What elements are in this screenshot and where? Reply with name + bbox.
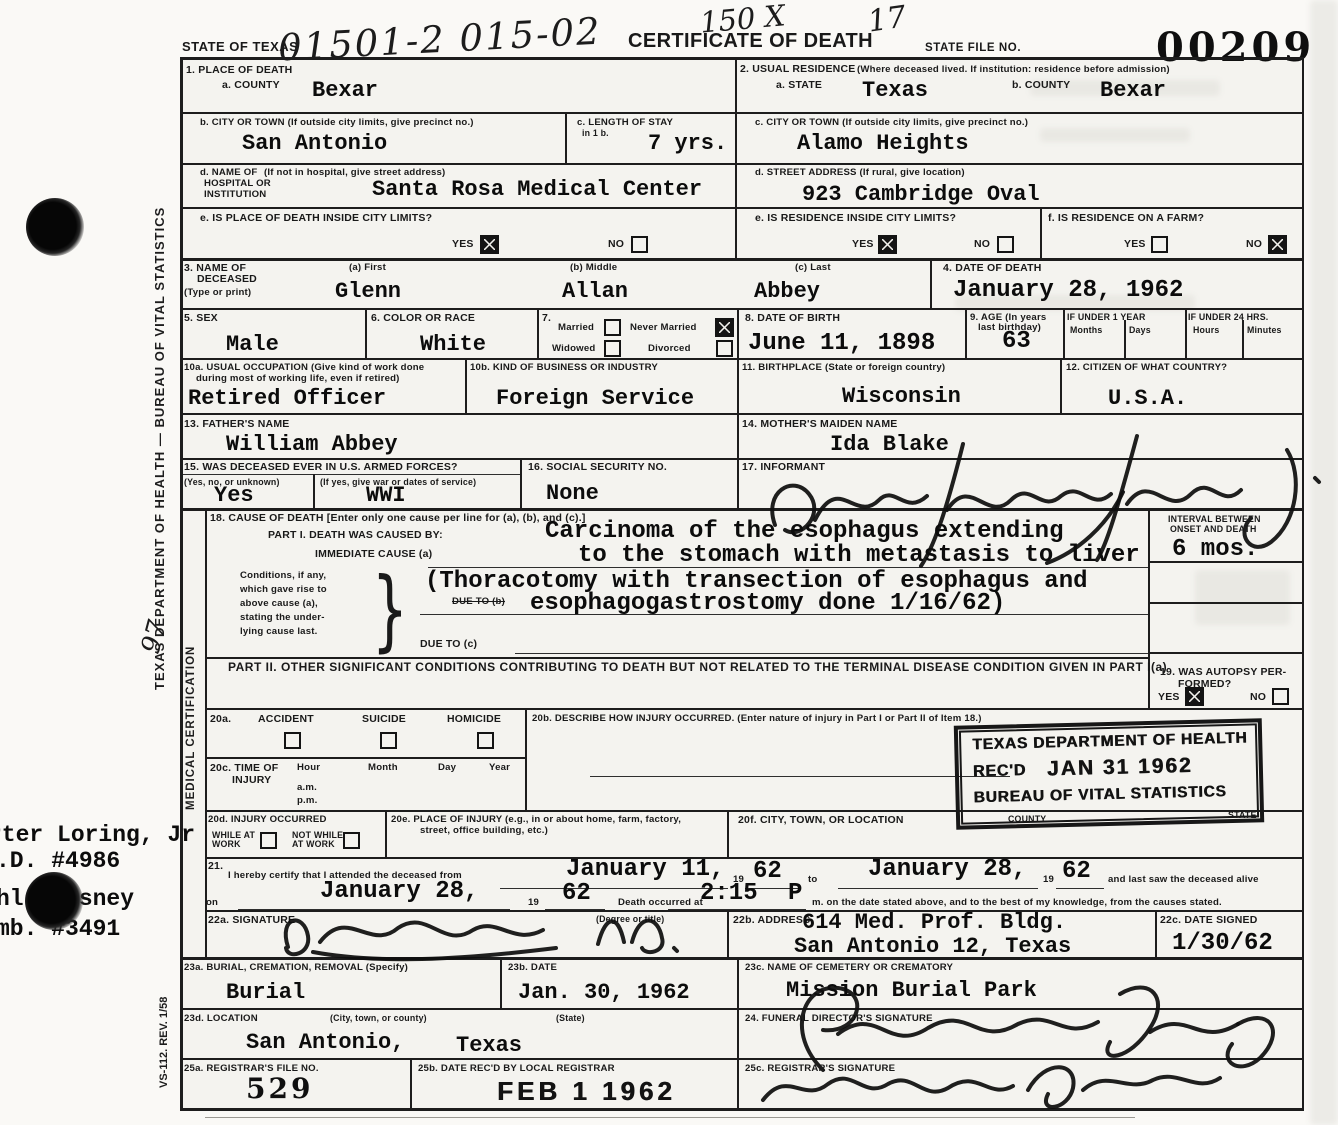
state-file-number-stamp: 00209 [1156, 24, 1315, 71]
grid-line [205, 708, 1304, 710]
grid-line [410, 1058, 412, 1108]
conditions-note-5: lying cause last. [240, 626, 318, 637]
last-alive-date: January 28, [320, 878, 478, 905]
last-name-value: Abbey [754, 279, 820, 304]
date-of-birth-label: 8. DATE OF BIRTH [745, 312, 840, 324]
cause-line-2: to the stomach with metastasis to liver [578, 542, 1140, 569]
grid-line [180, 308, 1304, 310]
grid-line [180, 163, 1304, 165]
stamp-recd-label: REC'D [973, 762, 1027, 781]
minutes-label: Minutes [1247, 325, 1282, 335]
checkbox-residence-limits-no [997, 236, 1014, 253]
armed-forces-value-1: Yes [214, 483, 254, 508]
stamp-date: JAN 31 1962 [1047, 754, 1193, 782]
date-of-birth-value: June 11, 1898 [748, 330, 935, 357]
place-of-death-title: 1. PLACE OF DEATH [186, 64, 292, 76]
checkbox-accident [284, 732, 301, 749]
checkbox-not-while-at-work [343, 832, 360, 849]
color-race-value: White [420, 332, 486, 357]
grid-line [520, 458, 522, 508]
physician-address-label: 22b. ADDRESS [733, 914, 810, 926]
no-label: NO [608, 238, 624, 250]
if-under-1-year-label: IF UNDER 1 YEAR [1067, 312, 1146, 322]
fill-line [500, 888, 728, 889]
grid-line [930, 258, 932, 308]
usual-residence-hint: (Where deceased lived. If institution: r… [857, 64, 1170, 75]
ssn-value: None [546, 481, 599, 506]
grid-line [465, 358, 467, 413]
grid-line [965, 308, 967, 358]
conditions-note-4: stating the under- [240, 612, 325, 623]
length-of-stay-label: c. LENGTH OF STAY [577, 117, 673, 128]
accident-label: ACCIDENT [258, 713, 314, 725]
yes-label: YES [1124, 238, 1146, 250]
cause-line-c [515, 653, 1148, 654]
injury-city-label: 20f. CITY, TOWN, OR LOCATION [738, 814, 904, 826]
usual-residence-title: 2. USUAL RESIDENCE [740, 63, 855, 75]
interval-label-1: INTERVAL BETWEEN [1168, 514, 1261, 524]
checkbox-homicide [477, 732, 494, 749]
grid-line [205, 508, 207, 957]
margin-note-funeral-home: rter Loring, Jr [0, 822, 195, 848]
street-address-label: d. STREET ADDRESS (If rural, give locati… [755, 167, 965, 178]
citizen-value: U.S.A. [1108, 386, 1187, 411]
grid-line [1040, 207, 1042, 258]
grid-line [737, 1058, 739, 1108]
grid-line [365, 308, 367, 358]
physician-address-line-1: 614 Med. Prof. Bldg. [802, 910, 1066, 935]
grid-line [1124, 320, 1126, 358]
burial-location-label: 23d. LOCATION [184, 1013, 258, 1024]
grid-line [180, 112, 1304, 114]
injury-state-label: STATE [1228, 810, 1257, 820]
date-signed-label: 22c. DATE SIGNED [1160, 914, 1258, 926]
grid-line [385, 810, 387, 857]
conditions-note-3: above cause (a), [240, 598, 318, 609]
checkbox-farm-yes [1151, 236, 1168, 253]
cause-line-1: Carcinoma of the esophagus extending [545, 518, 1063, 545]
grid-line [737, 957, 739, 1058]
months-label: Months [1070, 325, 1102, 335]
margin-form-number: VS-112. REV. 1/58 [158, 997, 170, 1088]
birthplace-label: 11. BIRTHPLACE (State or foreign country… [742, 362, 945, 373]
grid-line [727, 910, 729, 957]
grid-line [205, 757, 525, 759]
street-address-value: 923 Cambridge Oval [802, 182, 1040, 207]
business-industry-value: Foreign Service [496, 386, 694, 411]
year-19-prefix: 19 [1043, 874, 1054, 885]
county-label: a. COUNTY [222, 79, 280, 91]
injury-answer-line [590, 776, 1010, 777]
burial-date-label: 23b. DATE [508, 962, 557, 973]
marital-label: 7. [542, 312, 551, 324]
burial-type-value: Burial [226, 980, 305, 1005]
state-file-no-label: STATE FILE NO. [925, 42, 1021, 55]
residence-county-label: b. COUNTY [1012, 79, 1070, 91]
fill-line [1056, 888, 1104, 889]
checkbox-death-limits-no [631, 236, 648, 253]
homicide-label: HOMICIDE [447, 713, 501, 725]
fathers-name-value: William Abbey [226, 432, 398, 457]
city-value: San Antonio [242, 131, 387, 156]
burial-type-label: 23a. BURIAL, CREMATION, REMOVAL (Specify… [184, 962, 408, 973]
first-name-label: (a) First [349, 262, 386, 273]
time-of-injury-label-1: 20c. TIME OF [210, 762, 278, 774]
birthplace-value: Wisconsin [842, 384, 961, 409]
residence-city-limits-label: e. IS RESIDENCE INSIDE CITY LIMITS? [755, 212, 956, 224]
checkbox-farm-no [1269, 236, 1286, 253]
middle-name-value: Allan [562, 279, 628, 304]
burial-location-city-hint: (City, town, or county) [330, 1013, 427, 1023]
citizen-label: 12. CITIZEN OF WHAT COUNTRY? [1066, 362, 1227, 373]
due-to-c-label: DUE TO (c) [420, 638, 477, 650]
widowed-label: Widowed [552, 343, 595, 354]
grid-line [735, 57, 737, 258]
occupation-value: Retired Officer [188, 386, 386, 411]
no-label: NO [974, 238, 990, 250]
hour-label: Hour [297, 762, 320, 773]
residence-state-label: a. STATE [776, 79, 822, 91]
yes-label: YES [1158, 691, 1180, 703]
grid-line [1302, 57, 1304, 1108]
certify-21-label: 21. [208, 860, 223, 872]
day-label: Day [438, 762, 456, 773]
place-of-injury-label-2: street, office building, etc.) [420, 825, 548, 836]
first-name-value: Glenn [335, 279, 401, 304]
pm-label: p.m. [297, 795, 318, 806]
mothers-maiden-name-label: 14. MOTHER'S MAIDEN NAME [742, 418, 897, 430]
part1-label: PART I. DEATH WAS CAUSED BY: [268, 529, 443, 541]
physician-address-line-2: San Antonio 12, Texas [794, 934, 1071, 959]
business-industry-label: 10b. KIND OF BUSINESS OR INDUSTRY [470, 362, 658, 373]
injury-county-label: COUNTY [1008, 814, 1046, 824]
never-married-label: Never Married [630, 322, 697, 333]
describe-injury-label: 20b. DESCRIBE HOW INJURY OCCURRED. (Ente… [532, 713, 982, 724]
interval-value: 6 mos. [1172, 536, 1258, 563]
handwritten-top-note-2: 17 [866, 0, 909, 39]
attended-to-year: 62 [1062, 858, 1091, 885]
grid-line [180, 413, 1304, 415]
grid-line [737, 308, 739, 358]
year-label: Year [489, 762, 510, 773]
name-of-deceased-label-2: DECEASED [197, 273, 257, 285]
date-received-label: 25b. DATE REC'D BY LOCAL REGISTRAR [418, 1063, 615, 1074]
grid-line [180, 57, 1304, 60]
margin-department-text: TEXAS DEPARTMENT OF HEALTH — BUREAU OF V… [152, 207, 167, 690]
grid-line [737, 458, 739, 508]
grid-line [525, 708, 527, 810]
checkbox-divorced [716, 340, 733, 357]
grid-line [1148, 652, 1304, 654]
registrar-signature [748, 1048, 1248, 1122]
hospital-value: Santa Rosa Medical Center [372, 177, 702, 202]
grid-line [180, 474, 520, 475]
injury-20a-label: 20a. [210, 713, 231, 725]
residence-city-label: c. CITY OR TOWN (If outside city limits,… [755, 117, 1028, 128]
time-of-injury-label-2: INJURY [232, 774, 271, 786]
certify-tail-text: m. on the date stated above, and to the … [812, 897, 1222, 908]
occupation-label-2: during most of working life, even if ret… [196, 373, 400, 384]
grid-line [180, 258, 1304, 261]
checkbox-residence-limits-yes [879, 236, 896, 253]
place-of-injury-label-1: 20e. PLACE OF INJURY (e.g., in or about … [391, 814, 681, 825]
age-value: 63 [1002, 328, 1031, 355]
date-of-death-value: January 28, 1962 [953, 277, 1183, 304]
grid-line [1242, 320, 1244, 358]
residence-state-value: Texas [862, 78, 928, 103]
residence-county-value: Bexar [1100, 78, 1166, 103]
grid-line [180, 57, 183, 1108]
burial-location-city-value: San Antonio, [246, 1030, 404, 1055]
injury-occurred-label: 20d. INJURY OCCURRED [208, 814, 327, 825]
last-saw-alive-text: and last saw the deceased alive [1108, 874, 1259, 885]
hospital-label-1: d. NAME OF [200, 167, 257, 178]
residence-city-value: Alamo Heights [797, 131, 969, 156]
no-label: NO [1246, 238, 1262, 250]
burial-location-state-hint: (State) [556, 1013, 585, 1023]
received-stamp: TEXAS DEPARTMENT OF HEALTH REC'D JAN 31 … [954, 718, 1264, 829]
grid-line [313, 474, 315, 508]
margin-scribble: 97 [136, 617, 174, 657]
conditions-brace: } [372, 558, 408, 661]
cause-line-4: esophagogastrostomy done 1/16/62) [530, 590, 1005, 617]
occupation-label-1: 10a. USUAL OCCUPATION (Give kind of work… [184, 362, 424, 373]
hours-label: Hours [1193, 325, 1219, 335]
grid-line [1060, 358, 1062, 413]
punch-hole [26, 198, 84, 256]
fill-line [838, 888, 1038, 889]
grid-line [737, 413, 739, 458]
attended-from-date: January 11, [566, 856, 724, 883]
last-name-label: (c) Last [795, 262, 831, 273]
county-value: Bexar [312, 78, 378, 103]
part2-label: PART II. OTHER SIGNIFICANT CONDITIONS CO… [228, 661, 1167, 675]
checkbox-autopsy-no [1272, 688, 1289, 705]
burial-location-state-value: Texas [456, 1033, 522, 1058]
yes-label: YES [852, 238, 874, 250]
days-label: Days [1129, 325, 1151, 335]
sex-label: 5. SEX [184, 312, 218, 324]
autopsy-label-1: 19. WAS AUTOPSY PER- [1160, 666, 1286, 678]
checkbox-while-at-work [260, 832, 277, 849]
color-race-label: 6. COLOR OR RACE [371, 312, 475, 324]
hospital-label-3: INSTITUTION [204, 189, 266, 200]
bleed-through-smudge [1195, 570, 1290, 625]
attended-to-date: January 28, [868, 856, 1026, 883]
date-signed-value: 1/30/62 [1172, 930, 1273, 957]
death-time-ampm: P [788, 880, 802, 907]
grid-line [180, 207, 1304, 209]
while-at-work-label-2: WORK [212, 839, 241, 849]
fathers-name-label: 13. FATHER'S NAME [184, 418, 289, 430]
divorced-label: Divorced [648, 343, 691, 354]
date-received-stamp: FEB 1 1962 [497, 1076, 676, 1107]
armed-forces-value-2: WWI [366, 483, 406, 508]
checkbox-widowed [604, 340, 621, 357]
grid-line [565, 112, 567, 163]
length-of-stay-value: 7 yrs. [648, 131, 727, 156]
due-to-b-label: DUE TO (b) [452, 596, 505, 607]
ssn-label: 16. SOCIAL SECURITY NO. [528, 461, 667, 473]
grid-line [1148, 602, 1304, 604]
married-label: Married [558, 322, 594, 333]
checkbox-autopsy-yes [1186, 688, 1203, 705]
yes-label: YES [452, 238, 474, 250]
grid-line [737, 358, 739, 413]
not-while-at-work-label-2: AT WORK [292, 839, 335, 849]
margin-medical-certification-text: MEDICAL CERTIFICATION [185, 646, 197, 810]
cause-of-death-label: 18. CAUSE OF DEATH [Enter only one cause… [210, 512, 586, 524]
grid-line [500, 957, 502, 1008]
checkbox-death-limits-yes [481, 236, 498, 253]
length-of-stay-sub: in 1 b. [582, 128, 609, 138]
checkbox-suicide [380, 732, 397, 749]
suicide-label: SUICIDE [362, 713, 406, 725]
type-or-print-hint: (Type or print) [184, 287, 251, 298]
city-or-town-label: b. CITY OR TOWN (If outside city limits,… [200, 117, 474, 128]
armed-forces-label: 15. WAS DECEASED EVER IN U.S. ARMED FORC… [184, 461, 458, 473]
grid-line [537, 308, 539, 358]
date-of-death-label: 4. DATE OF DEATH [943, 262, 1041, 274]
conditions-note-1: Conditions, if any, [240, 570, 326, 581]
grid-line [180, 358, 1304, 360]
month-label: Month [368, 762, 398, 773]
registrar-file-no-value: 529 [246, 1072, 313, 1105]
residence-farm-label: f. IS RESIDENCE ON A FARM? [1048, 212, 1204, 224]
checkbox-married [604, 319, 621, 336]
no-label: NO [1250, 691, 1266, 703]
burial-date-value: Jan. 30, 1962 [518, 980, 690, 1005]
grid-line [205, 657, 1148, 659]
grid-line [1063, 308, 1065, 358]
physician-signature [258, 902, 718, 962]
interval-label-2: ONSET AND DEATH [1170, 524, 1257, 534]
hospital-label-2: HOSPITAL OR [204, 178, 271, 189]
punch-hole [25, 872, 83, 930]
to-label: to [808, 874, 817, 885]
if-under-24-hrs-label: IF UNDER 24 HRS. [1188, 312, 1268, 322]
grid-line [1155, 910, 1157, 957]
checkbox-never-married [716, 319, 733, 336]
death-certificate-scan: TEXAS DEPARTMENT OF HEALTH — BUREAU OF V… [0, 0, 1338, 1125]
death-city-limits-label: e. IS PLACE OF DEATH INSIDE CITY LIMITS? [200, 212, 432, 224]
middle-name-label: (b) Middle [570, 262, 617, 273]
on-label: on [206, 897, 218, 908]
am-label: a.m. [297, 782, 317, 793]
grid-line [727, 810, 729, 857]
conditions-note-2: which gave rise to [240, 584, 327, 595]
sex-value: Male [226, 332, 279, 357]
bleed-through-smudge [1040, 128, 1190, 142]
margin-note-fd-number: .D. #4986 [0, 848, 120, 874]
grid-line [1185, 308, 1187, 358]
